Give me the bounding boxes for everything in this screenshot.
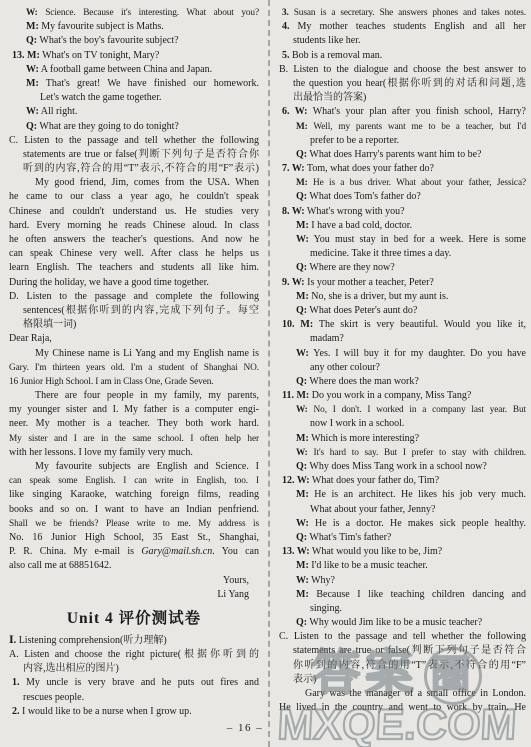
text-line: learn English. The teachers and students…	[9, 261, 259, 275]
column-divider	[268, 0, 270, 747]
text-line: C. Listen to the passage and tell whethe…	[279, 630, 526, 644]
text-line: can speak some English. I can write in E…	[9, 474, 259, 488]
text-line: M: My favourite subject is Maths.	[9, 20, 259, 34]
text-line: medicine. Take it three times a day.	[279, 247, 526, 261]
text-line: singing.	[279, 602, 526, 616]
text-line: M: Because I like teaching children danc…	[279, 588, 526, 602]
text-line: 你听到的内容,符合的用“T”表示,不符合的用“F”	[279, 659, 526, 673]
text-line: 7. W: Tom, what does your father do?	[279, 162, 526, 176]
text-line: 4. My mother teaches students English an…	[279, 20, 526, 34]
text-line: prefer to be a reporter.	[279, 134, 526, 148]
text-line: 5. Bob is a removal man.	[279, 49, 526, 63]
text-line: 13. W: What would you like to be, Jim?	[279, 545, 526, 559]
text-line: During the holiday, we have a good time …	[9, 276, 259, 290]
workbook-page: W: Science. Because it's interesting. Wh…	[0, 0, 531, 747]
text-line: 表示)	[279, 673, 526, 687]
text-line: Q: What are they going to do tonight?	[9, 120, 259, 134]
text-line: 10. M: The skirt is very beautiful. Woul…	[279, 318, 526, 332]
text-line: rescues people.	[9, 691, 259, 705]
text-line: 8. W: What's wrong with you?	[279, 205, 526, 219]
text-line: Shall we be friends? Please write to me.…	[9, 517, 259, 531]
text-line: Q: Why does Miss Tang work in a school n…	[279, 460, 526, 474]
text-line: Q: Where does the man work?	[279, 375, 526, 389]
text-line: He lived in the country and went to work…	[279, 701, 526, 715]
text-line: like singing Karaoke, watching foreign f…	[9, 488, 259, 502]
text-line: W: A football game between China and Jap…	[9, 63, 259, 77]
text-line: also call me at 68851642.	[9, 559, 259, 573]
text-line: M: I'd like to be a music teacher.	[279, 559, 526, 573]
unit-heading: Unit 4 评价测试卷	[9, 602, 259, 634]
text-line: Gary was the manager of a small office i…	[279, 687, 526, 701]
left-column: W: Science. Because it's interesting. Wh…	[9, 6, 259, 719]
text-line: 1. My uncle is very brave and he puts ou…	[9, 676, 259, 690]
text-line: 6. W: What's your plan after you finish …	[279, 105, 526, 119]
text-line: A. Listen and choose the right picture(根…	[9, 648, 259, 662]
text-line: 13. M: What's on TV tonight, Mary?	[9, 49, 259, 63]
text-line: Chinese and couldn't understand us. He s…	[9, 205, 259, 219]
text-line: W: He is a doctor. He makes sick people …	[279, 517, 526, 531]
text-line: Li Yang	[9, 588, 259, 602]
text-line: Q: What does Tom's father do?	[279, 190, 526, 204]
text-line: Q: Where are they now?	[279, 261, 526, 275]
text-line: 听到的内容,符合的用“T”表示,不符合的用“F”表示)	[9, 162, 259, 176]
text-line: now I work in a school.	[279, 417, 526, 431]
text-line: My favourite subjects are English and Sc…	[9, 460, 259, 474]
text-line: 16 Junior High School. I am in Class One…	[9, 375, 259, 389]
text-line: 内容,选出相应的图片)	[9, 662, 259, 676]
text-line: my younger sister and I. My father is a …	[9, 403, 259, 417]
text-line: statements are true or false(判断下列句子是否符合	[279, 644, 526, 658]
text-line: M: Which is more interesting?	[279, 432, 526, 446]
text-line: 9. W: Is your mother a teacher, Peter?	[279, 276, 526, 290]
text-line: 3. Susan is a secretary. She answers pho…	[279, 6, 526, 20]
text-line: W: No, I don't. I worked in a company la…	[279, 403, 526, 417]
text-line: 11. M: Do you work in a company, Miss Ta…	[279, 389, 526, 403]
text-line: W: Science. Because it's interesting. Wh…	[9, 6, 259, 20]
text-line: Q: What's Tim's father?	[279, 531, 526, 545]
text-line: he often answers the teacher's questions…	[9, 233, 259, 247]
text-line: My good friend, Jim, comes from the USA.…	[9, 176, 259, 190]
text-line: What about your father, Jenny?	[279, 503, 526, 517]
text-line: 2. I would like to be a nurse when I gro…	[9, 705, 259, 719]
text-line: Q: Why would Jim like to be a music teac…	[279, 616, 526, 630]
text-line: 出最恰当的答案)	[279, 91, 526, 105]
text-line: 12. W: What does your father do, Tim?	[279, 474, 526, 488]
text-line: neer. My mother is a teacher. They both …	[9, 417, 259, 431]
page-number: – 16 –	[0, 722, 490, 734]
text-line: 格限填一词)	[9, 318, 259, 332]
text-line: M: I have a bad cold, doctor.	[279, 219, 526, 233]
text-line: P. R. China. My e-mail is Gary@mail.sh.c…	[9, 545, 259, 559]
text-line: W: Why?	[279, 574, 526, 588]
right-column: 3. Susan is a secretary. She answers pho…	[279, 6, 526, 715]
text-line: any other colour?	[279, 361, 526, 375]
text-line: Ⅰ. Listening comprehension(听力理解)	[9, 634, 259, 648]
text-line: No. 16 Junior High School, 35 East St., …	[9, 531, 259, 545]
text-line: W: It's hard to say. But I prefer to sta…	[279, 446, 526, 460]
text-line: D. Listen to the passage and complete th…	[9, 290, 259, 304]
text-line: W: You must stay in bed for a week. Here…	[279, 233, 526, 247]
text-line: There are four people in my family, my p…	[9, 389, 259, 403]
text-line: Q: What's the boy's favourite subject?	[9, 34, 259, 48]
text-line: W: All right.	[9, 105, 259, 119]
text-line: W: Yes. I will buy it for my daughter. D…	[279, 347, 526, 361]
text-line: statements are true or false(判断下列句子是否符合你	[9, 148, 259, 162]
text-line: sentences(根据你听到的内容,完成下列句子。每空	[9, 304, 259, 318]
text-line: M: No, she is a driver, but my aunt is.	[279, 290, 526, 304]
text-line: Let's watch the game together.	[9, 91, 259, 105]
text-line: M: That's great! We have finished our ho…	[9, 77, 259, 91]
text-line: Q: What does Harry's parents want him to…	[279, 148, 526, 162]
text-line: the question you hear(根据你听到的对话和问题,选	[279, 77, 526, 91]
text-line: madam?	[279, 332, 526, 346]
text-line: books and so on. I want to have an India…	[9, 503, 259, 517]
text-line: My Chinese name is Li Yang and my Englis…	[9, 347, 259, 361]
text-line: Q: What does Peter's aunt do?	[279, 304, 526, 318]
text-line: can speak Chinese very well. After class…	[9, 247, 259, 261]
text-line: M: He is an architect. He likes his job …	[279, 488, 526, 502]
text-line: with her lessons. I love my family very …	[9, 446, 259, 460]
text-line: M: Well, my parents want me to be a teac…	[279, 120, 526, 134]
text-line: B. Listen to the dialogue and choose the…	[279, 63, 526, 77]
text-line: C. Listen to the passage and tell whethe…	[9, 134, 259, 148]
text-line: Gary. I'm thirteen years old. I'm a stud…	[9, 361, 259, 375]
text-line: M: He is a bus driver. What about your f…	[279, 176, 526, 190]
text-line: students like her.	[279, 34, 526, 48]
text-line: Dear Raja,	[9, 332, 259, 346]
text-line: My sister and I are in the same school. …	[9, 432, 259, 446]
text-line: hard. Every morning he reads Chinese alo…	[9, 219, 259, 233]
text-line: he came to our class a year ago, he coul…	[9, 190, 259, 204]
text-line: Yours,	[9, 574, 259, 588]
